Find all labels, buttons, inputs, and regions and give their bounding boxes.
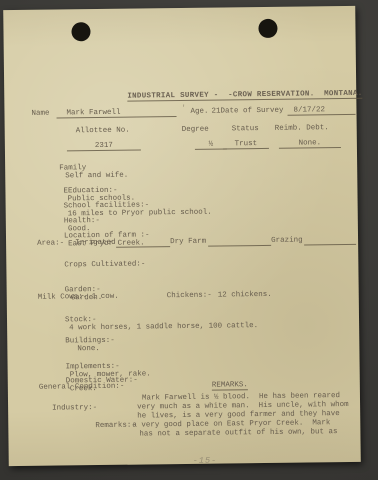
scanned-document-background: INDUSTRIAL SURVEY - -CROW RESERVATION. M… (0, 0, 378, 480)
name-label: Name (31, 110, 49, 118)
area-grazing-blank (304, 236, 356, 246)
remarks-label: Remarks:- (95, 422, 136, 430)
status-label: Status (232, 125, 259, 133)
reimb-debt-label: Reimb. Debt. (275, 124, 329, 133)
name-field: Mark Farwell (56, 108, 176, 118)
degree-label: Degree (182, 126, 209, 134)
name-value: Mark Farwell (66, 109, 120, 118)
age-label: Age. (190, 108, 208, 116)
area-dryfarm-label: Dry Farm (170, 238, 206, 246)
status-field: Trust (223, 140, 269, 150)
name-row: Name Mark Farwell ' Age. 21 Date of Surv… (3, 6, 355, 10)
allottee-no-field: 2317 (67, 141, 141, 151)
remarks-paragraph: Industry:- Remarks:- Mark Farwell is ½ b… (3, 6, 355, 10)
area-dryfarm-blank (208, 237, 271, 247)
survey-form-page: INDUSTRIAL SURVEY - -CROW RESERVATION. M… (3, 6, 361, 466)
area-irrigated-label: Irrigated (75, 239, 116, 247)
area-irrigated-blank (116, 238, 170, 248)
remarks-line-5: has not a separate outfit of his own, bu… (139, 428, 337, 438)
crops-cultivated-row: Crops Cultivated:- (37, 252, 145, 277)
column-values-row: 2317 ½ Trust None. (3, 6, 355, 10)
allottee-no-value: 2317 (67, 141, 141, 150)
allottee-no-label: Allottee No. (76, 127, 130, 136)
chickens-value: 12 chickens. (218, 291, 272, 300)
crops-cultivated-label: Crops Cultivated:- (64, 260, 145, 269)
chickens-label: Chickens:- (167, 292, 212, 301)
reimb-debt-value: None. (279, 139, 341, 148)
area-grazing-label: Grazing (271, 237, 303, 245)
column-labels-row: Allottee No. Degree Status Reimb. Debt. (3, 6, 355, 10)
milk-cows-chickens-row: Milk Cows:- 1 cow. Chickens:- 12 chicken… (3, 6, 355, 10)
area-row: Area:- Irrigated Dry Farm Grazing (3, 6, 355, 10)
reimb-debt-field: None. (279, 139, 341, 149)
punch-hole-left (71, 22, 90, 41)
general-condition-row: General Condition:- REMARKS. (3, 6, 355, 10)
age-value: 21 (211, 108, 220, 116)
general-condition-label: General Condition:- (39, 383, 125, 392)
date-of-survey-value: 8/17/22 (293, 106, 325, 114)
remarks-heading: REMARKS. (212, 381, 248, 390)
milk-cows-value: 1 cow. (92, 293, 119, 301)
status-value: Trust (223, 140, 269, 149)
milk-cows-label: Milk Cows:- (38, 293, 88, 302)
area-label: Area:- (37, 239, 64, 247)
buildings-value: None. (77, 345, 100, 353)
page-number: -15- (193, 456, 218, 466)
industry-label: Industry:- (52, 404, 97, 413)
punch-hole-right (258, 19, 277, 38)
document-title: INDUSTRIAL SURVEY - -CROW RESERVATION. M… (100, 82, 363, 109)
document-title-text: INDUSTRIAL SURVEY - -CROW RESERVATION. M… (127, 90, 362, 102)
stray-tick-mark: ' (181, 105, 186, 113)
date-of-survey-field: 8/17/22 (287, 106, 355, 116)
date-of-survey-label: Date of Survey (220, 107, 283, 116)
